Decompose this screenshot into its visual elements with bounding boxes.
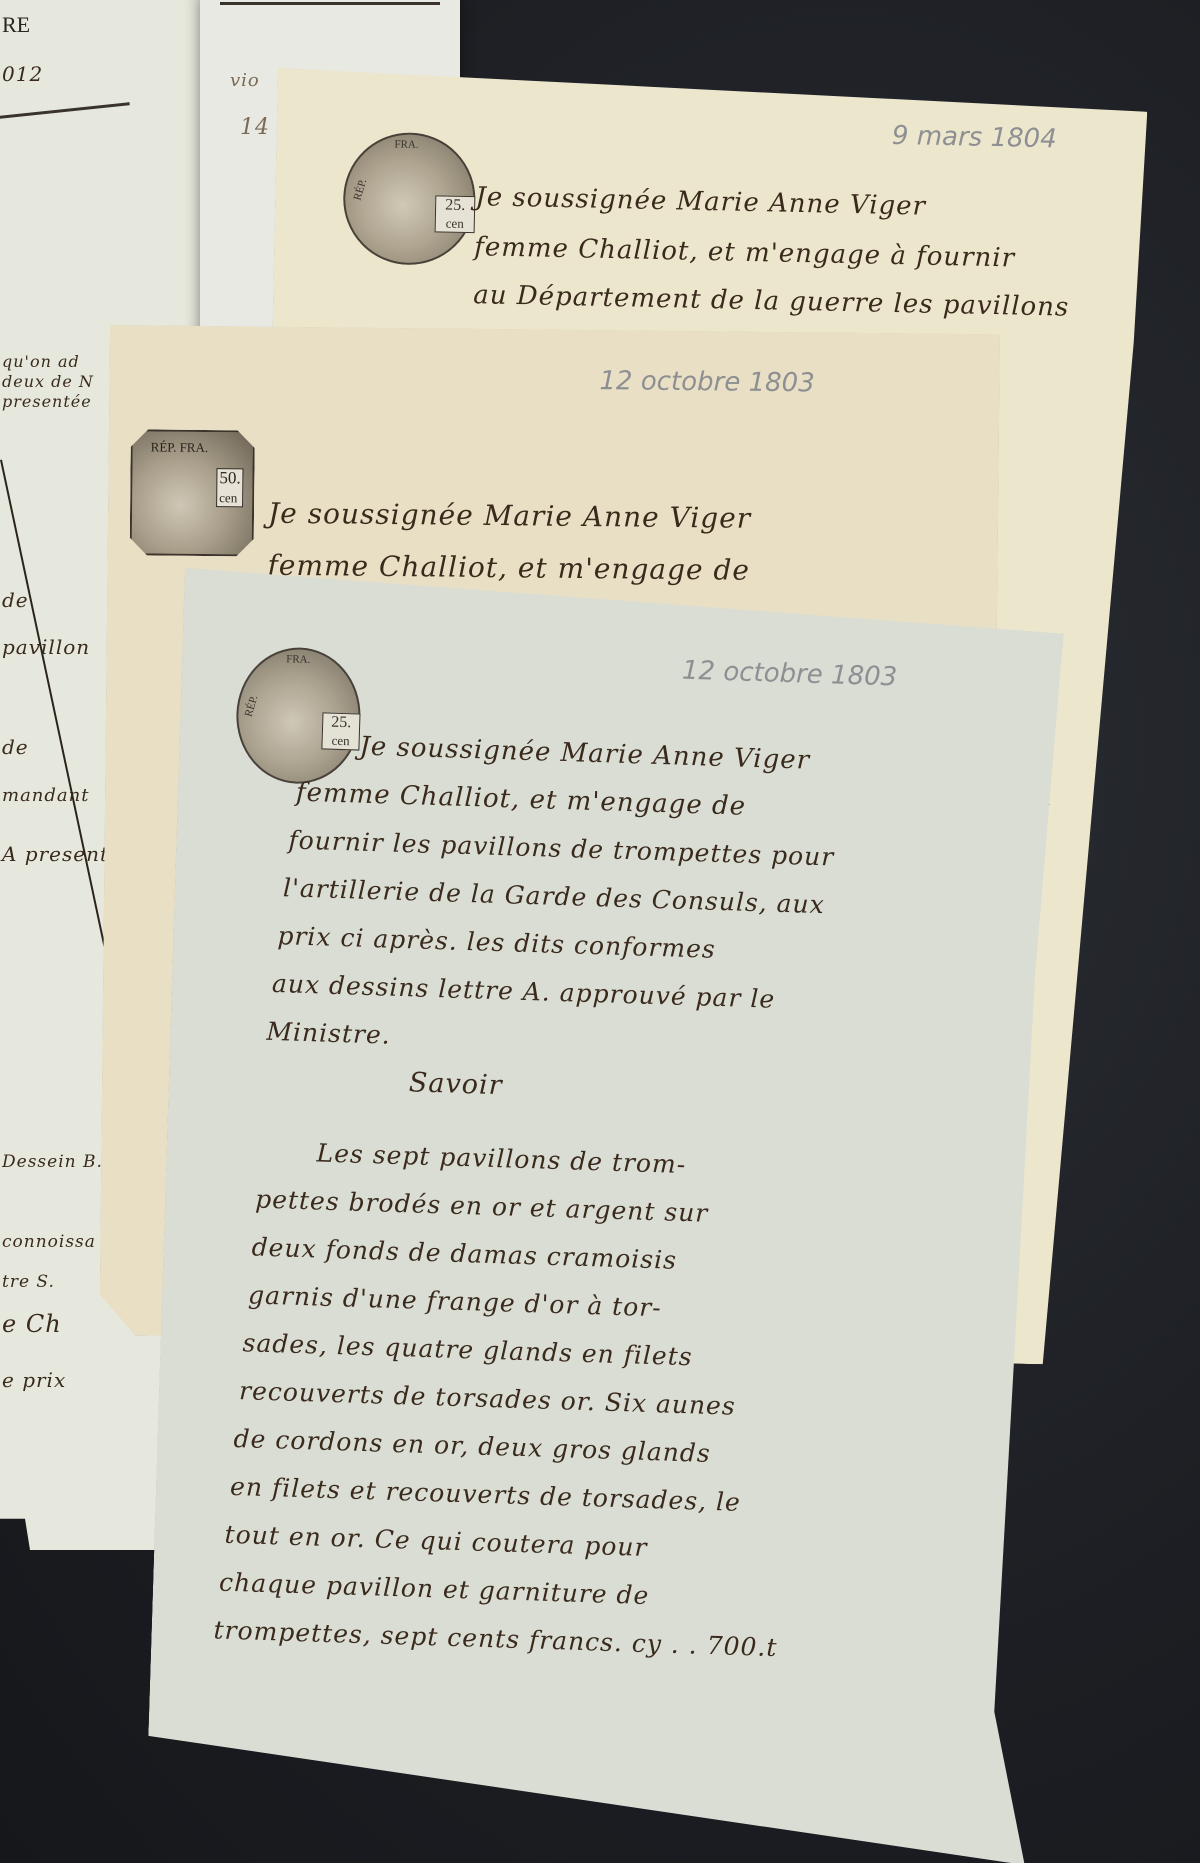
fragment-text: deux de N (2, 372, 94, 391)
fragment-text: qu'on ad (2, 352, 80, 371)
handwritten-line: Je soussignée Marie Anne Viger (475, 182, 926, 221)
fragment-text: tre S. (2, 1272, 55, 1292)
handwritten-line: chaque pavillon et garniture de (219, 1568, 650, 1611)
fragment-text: mandant (2, 785, 89, 806)
handwritten-line-total: trompettes, sept cents francs. cy . . 70… (213, 1615, 778, 1662)
handwritten-line: deux fonds de damas cramoisis (251, 1232, 677, 1274)
fragment-text: Dessein B. (2, 1152, 103, 1172)
handwritten-line: Ministre. (266, 1017, 391, 1050)
printed-header: RE (2, 12, 30, 38)
handwritten-line: aux dessins lettre A. approuvé par le (272, 969, 776, 1014)
fragment-text: connoissa (2, 1232, 96, 1252)
tax-stamp-50-centimes: RÉP. FRA. 50.cen (130, 429, 255, 556)
ruled-diagonal-line (0, 460, 110, 969)
fragment-text: 14 (240, 115, 270, 140)
tax-stamp-25-centimes: FRA. RÉP. 25.cen (342, 131, 477, 266)
fragment-text: pavillon (2, 635, 90, 659)
fragment-text: e Ch (2, 1310, 62, 1338)
pencil-date: 9 mars 1804 (892, 121, 1057, 154)
handwritten-line: Je soussignée Marie Anne Viger (359, 732, 811, 776)
printed-number: 012 (2, 62, 43, 86)
stamp-label: RÉP. (243, 694, 261, 718)
handwritten-line: recouverts de torsades or. Six aunes (239, 1376, 736, 1421)
printed-rule (220, 2, 440, 5)
handwritten-line: sades, les quatre glands en filets (242, 1328, 693, 1371)
fragment-text: e prix (2, 1368, 66, 1392)
handwritten-line: fournir les pavillons de trompettes pour (288, 825, 835, 871)
tax-stamp-25-centimes: FRA. RÉP. 25.cen (234, 646, 362, 786)
handwritten-line: Les sept pavillons de trom- (316, 1138, 686, 1179)
handwritten-line: garnis d'une frange d'or à tor- (248, 1280, 662, 1322)
handwritten-line: Je soussignée Marie Anne Viger (268, 497, 751, 535)
stamp-label: FRA. (286, 653, 311, 666)
fragment-text: de (2, 735, 29, 759)
stamp-label: RÉP. FRA. (151, 439, 209, 456)
pencil-date: 12 octobre 1803 (682, 656, 898, 693)
fragment-text: presentée (2, 392, 92, 411)
fragment-text: de (2, 588, 29, 612)
stamp-value: 25.cen (321, 712, 360, 750)
handwritten-line: en filets et recouverts de torsades, le (230, 1472, 742, 1517)
handwritten-line: de cordons en or, deux gros glands (233, 1424, 711, 1468)
handwritten-line: tout en or. Ce qui coutera pour (224, 1520, 648, 1562)
handwritten-line: au Département de la guerre les pavillon… (473, 280, 1070, 322)
handwritten-line: femme Challiot, et m'engage à fournir (474, 232, 1015, 273)
stamp-label: FRA. (394, 138, 418, 151)
stamp-value: 50.cen (216, 468, 244, 508)
fragment-text: vio (230, 70, 260, 91)
document-12-octobre-1803-front: FRA. RÉP. 25.cen 12 octobre 1803 Je sous… (145, 568, 1064, 1863)
stamp-label: RÉP. (352, 178, 370, 202)
section-heading-savoir: Savoir (408, 1067, 503, 1101)
stamp-value: 25.cen (435, 195, 476, 233)
handwritten-line: pettes brodés en or et argent sur (255, 1185, 709, 1228)
handwritten-line: l'artillerie de la Garde des Consuls, au… (283, 873, 826, 919)
fragment-text: A present (2, 842, 109, 866)
pencil-date: 12 octobre 1803 (599, 366, 815, 398)
handwritten-line: prix ci après. les dits conformes (277, 921, 716, 964)
handwritten-line: femme Challiot, et m'engage de (296, 778, 747, 822)
printed-rule (0, 102, 130, 121)
